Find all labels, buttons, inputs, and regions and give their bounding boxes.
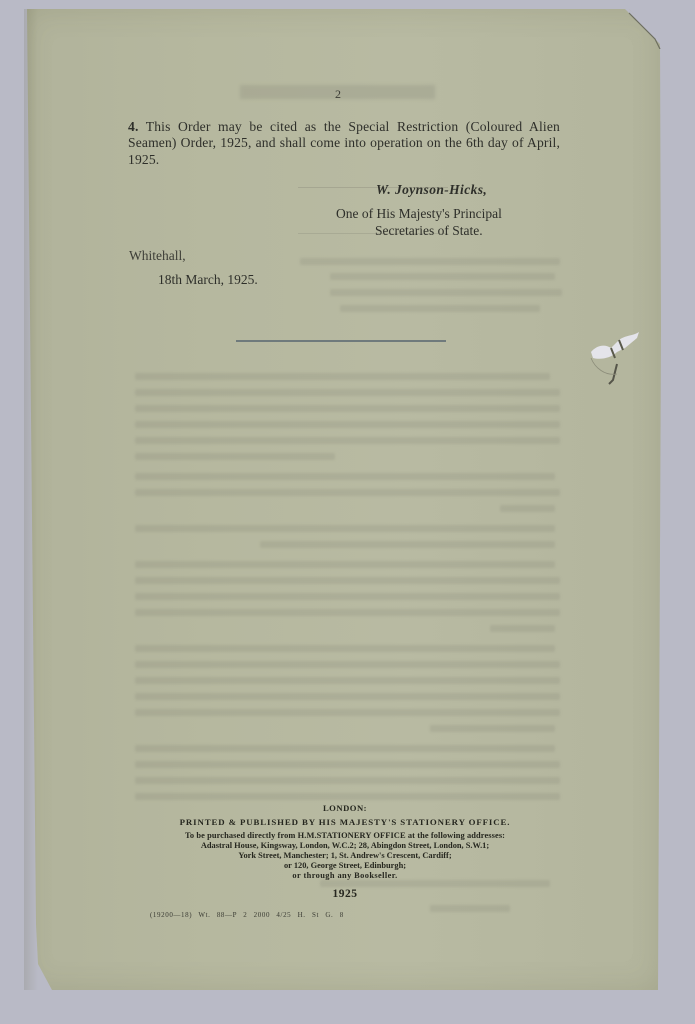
imprint-line: or 120, George Street, Edinburgh; <box>125 861 565 870</box>
imprint-city: LONDON: <box>125 803 565 813</box>
imprint-line: or through any Bookseller. <box>125 871 565 880</box>
horizontal-rule <box>236 340 446 342</box>
signatory-name: W. Joynson-Hicks, <box>376 182 487 198</box>
imprint-line: To be purchased directly from H.M.STATIO… <box>125 831 565 840</box>
imprint-line: York Street, Manchester; 1, St. Andrew's… <box>125 851 565 860</box>
imprint-year: 1925 <box>125 888 565 900</box>
signatory-title-line1: One of His Majesty's Principal <box>336 206 502 222</box>
order-paragraph-4: 4. This Order may be cited as the Specia… <box>128 119 560 168</box>
paper-tear-hole <box>585 330 655 390</box>
imprint-publisher: PRINTED & PUBLISHED BY HIS MAJESTY'S STA… <box>125 817 565 827</box>
paragraph-text: This Order may be cited as the Special R… <box>128 119 560 167</box>
print-code: (19200—18) Wt. 88—P 2 2000 4/25 H. St G.… <box>150 911 344 919</box>
folded-corner <box>625 9 665 49</box>
imprint-line: Adastral House, Kingsway, London, W.C.2;… <box>125 841 565 850</box>
place: Whitehall, <box>129 248 186 264</box>
signatory-title-line2: Secretaries of State. <box>375 223 483 239</box>
paragraph-number: 4. <box>128 119 139 134</box>
page-number: 2 <box>335 87 341 102</box>
date: 18th March, 1925. <box>158 272 258 288</box>
